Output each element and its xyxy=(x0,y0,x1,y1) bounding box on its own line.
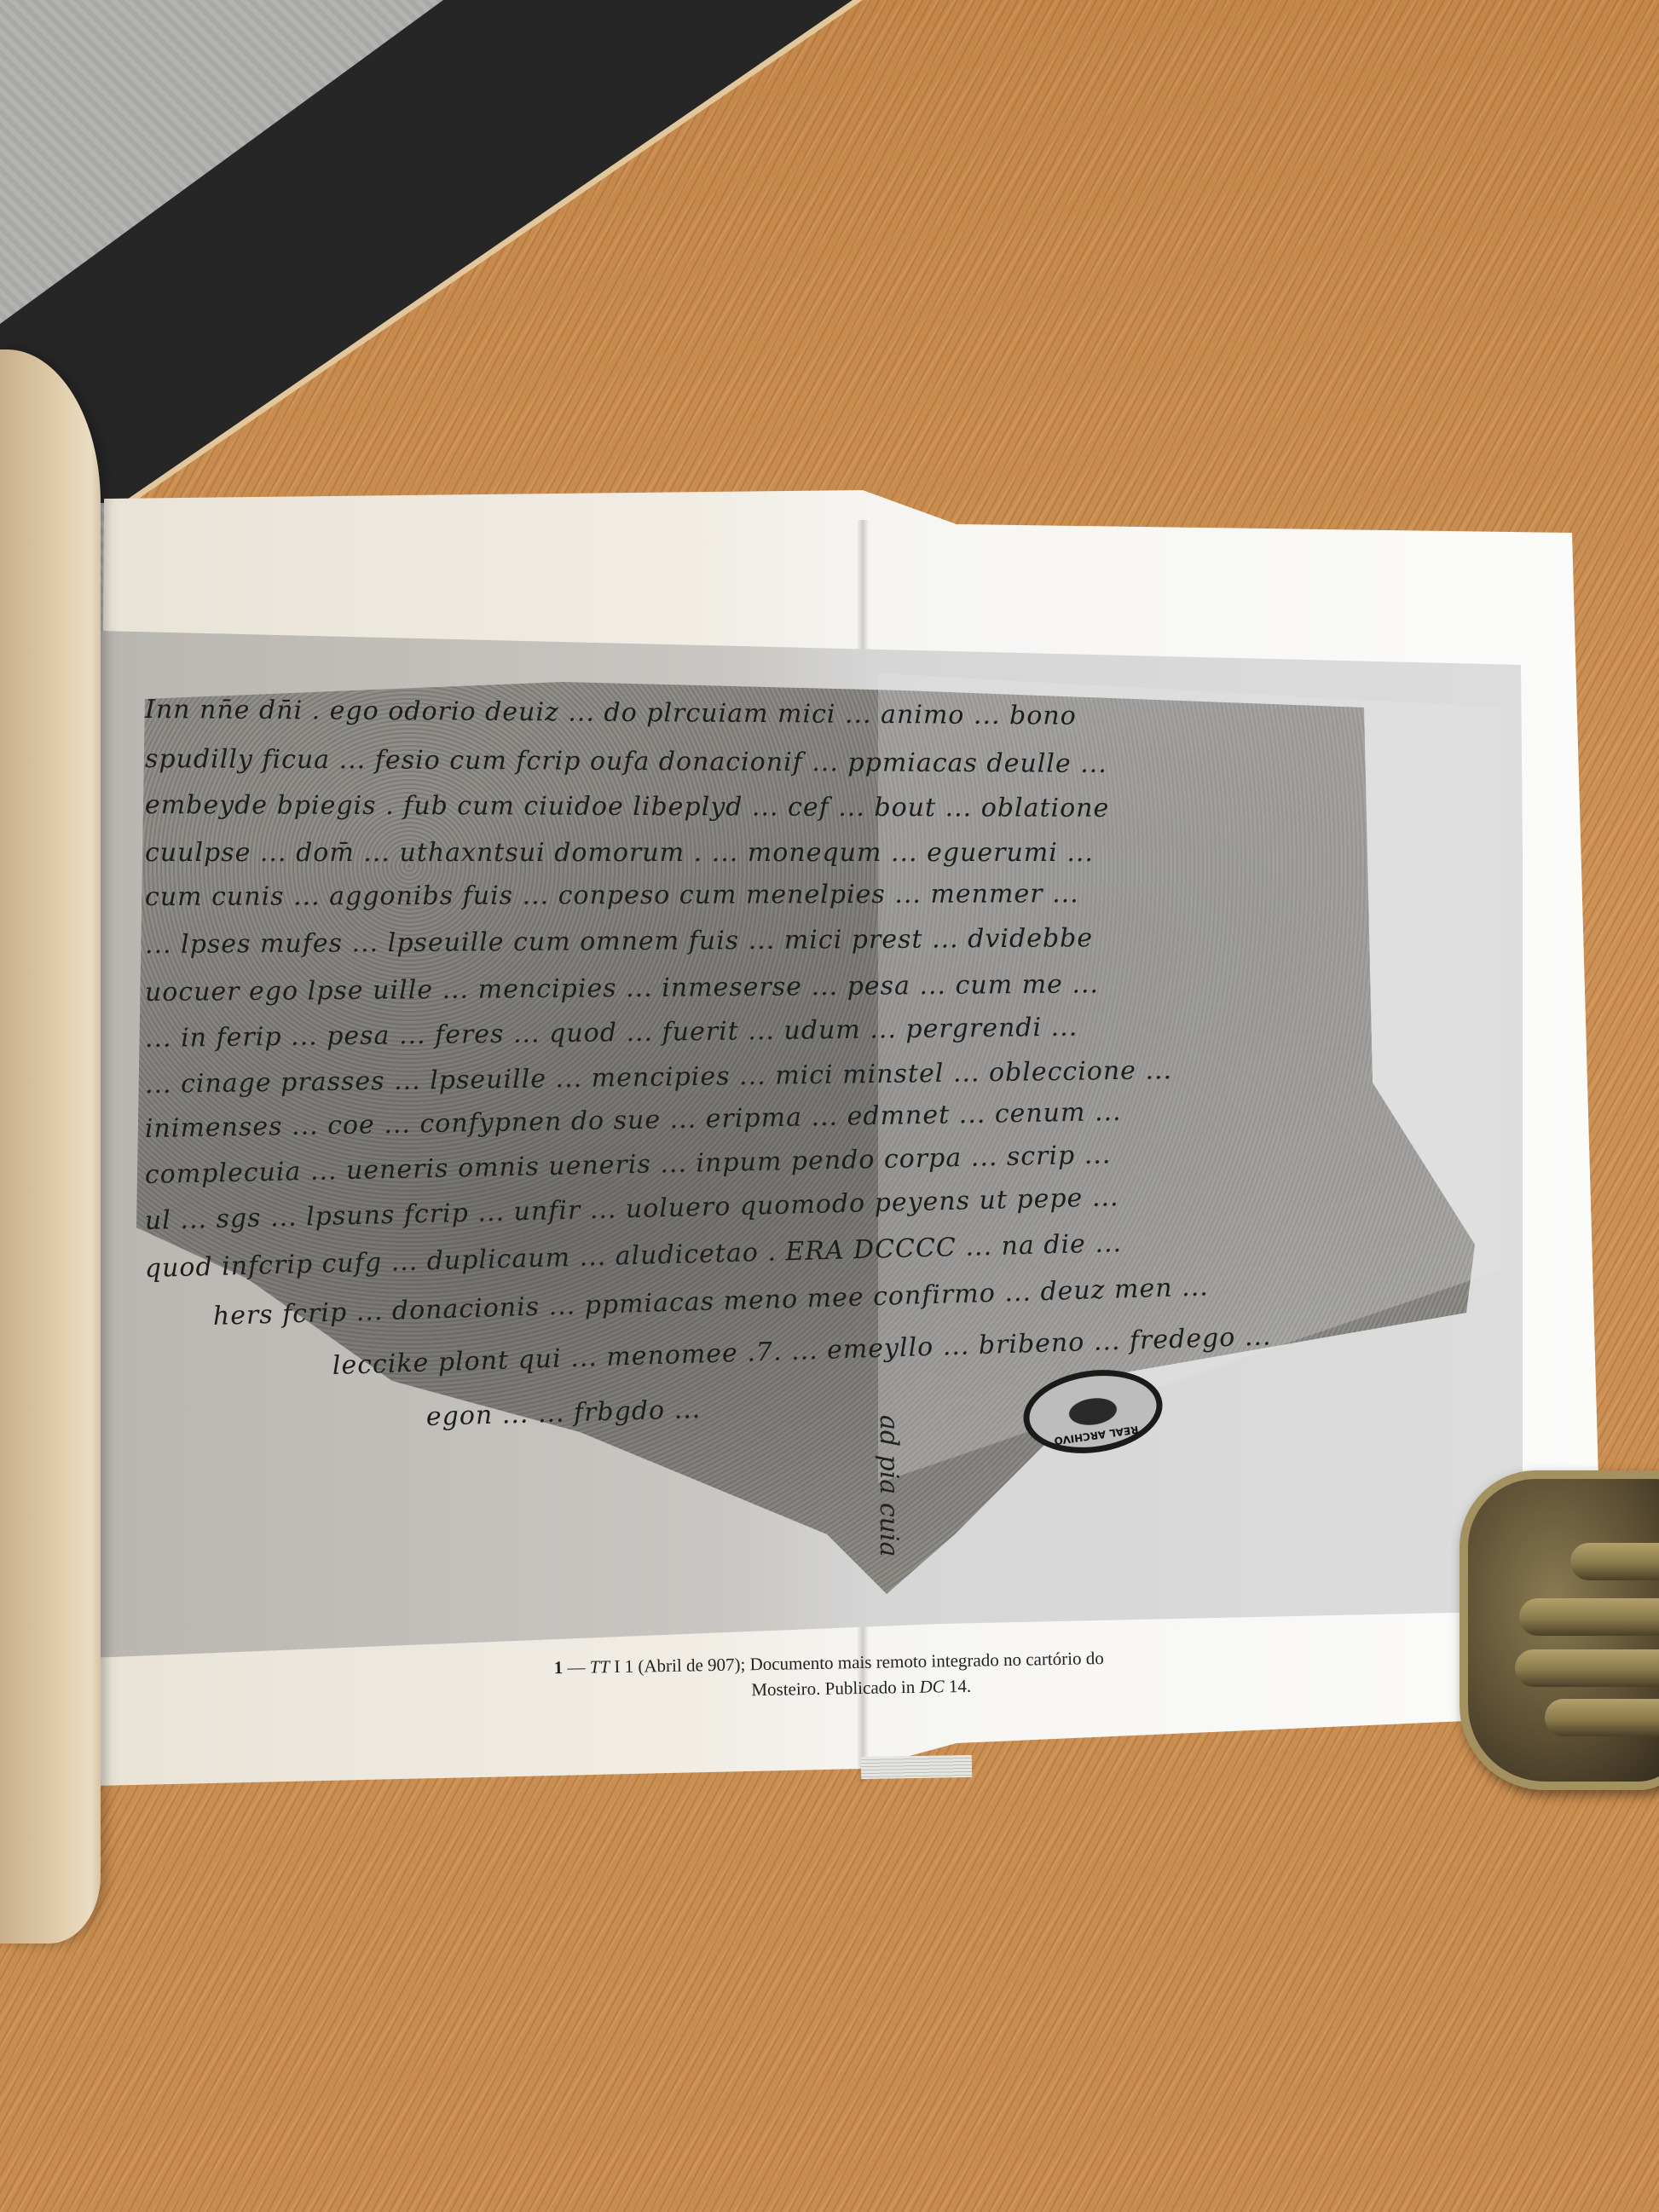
page-edges xyxy=(861,1755,972,1779)
margin-notation: ad pia cuia xyxy=(874,1415,904,1556)
manuscript-line: cuulpse ... dom̄ ... uthaxntsui domorum … xyxy=(145,838,1094,875)
bookweight-finger xyxy=(1545,1699,1659,1736)
caption-number: 1 xyxy=(554,1657,564,1678)
manuscript-line: embeyde bpiegis . fub cum ciuidoe libepl… xyxy=(145,790,1109,831)
plate-caption: 1 — TT I 1 (Abril de 907); Documento mai… xyxy=(554,1644,1169,1707)
manuscript-line: Inn nn̄e dn̄i . ego odorio deuiz ... do … xyxy=(145,695,1077,739)
bookweight-finger xyxy=(1519,1598,1659,1636)
caption-line2-post: 14. xyxy=(944,1676,971,1697)
photo-scene: Inn nn̄e dn̄i . ego odorio deuiz ... do … xyxy=(0,0,1659,2212)
manuscript-line: spudilly ficua ... fesio cum fcrip oufa … xyxy=(145,744,1107,787)
manuscript-line: egon ... ... frbgdo ... xyxy=(425,1395,702,1440)
caption-dash: — xyxy=(563,1657,590,1678)
bookweight-finger xyxy=(1515,1649,1659,1687)
brass-hand-bookweight xyxy=(1460,1470,1659,1790)
manuscript-line: ... lpses mufes ... lpseuille cum omnem … xyxy=(145,923,1093,967)
manuscript-line: cum cunis ... aggonibs fuis ... conpeso … xyxy=(145,879,1079,920)
bookweight-finger xyxy=(1570,1543,1659,1580)
caption-line2-italic: DC xyxy=(919,1676,945,1697)
caption-ref-italic: TT xyxy=(590,1656,610,1677)
curled-left-page xyxy=(0,349,101,1943)
caption-line2-pre: Mosteiro. Publicado in xyxy=(751,1677,920,1700)
